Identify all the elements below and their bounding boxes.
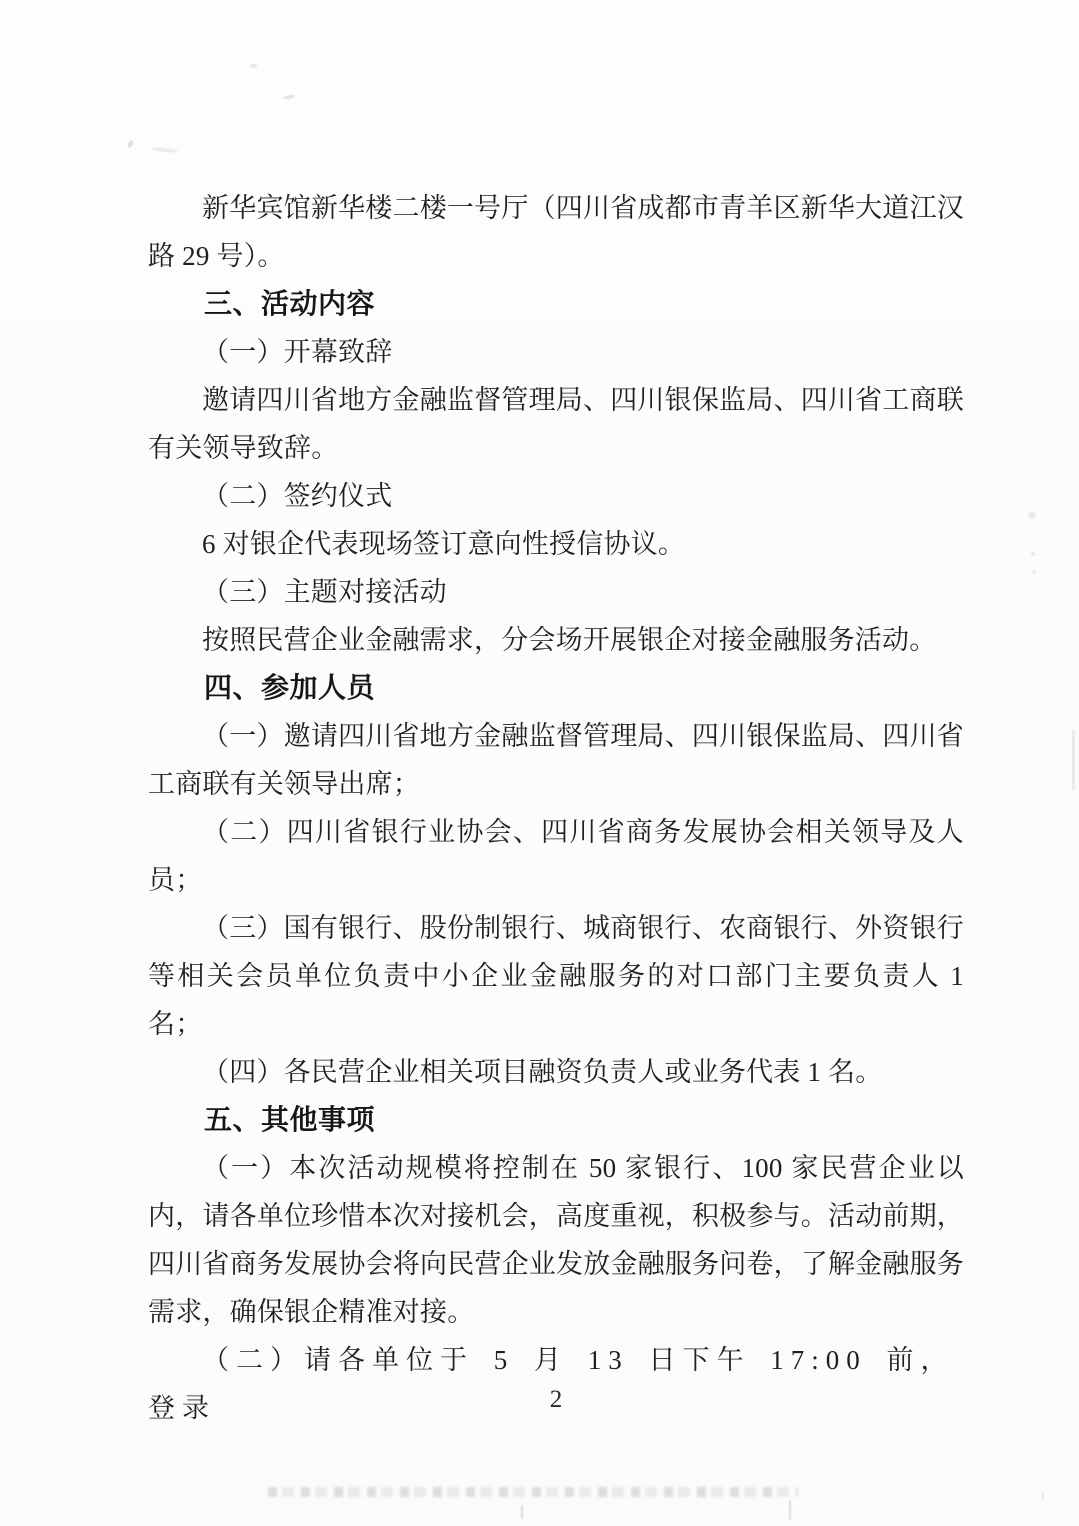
body-paragraph: （三）国有银行、股份制银行、城商银行、农商银行、外资银行等相关会员单位负责中小企… <box>148 904 964 1048</box>
scan-speck <box>1032 570 1036 574</box>
body-paragraph: 新华宾馆新华楼二楼一号厅（四川省成都市青羊区新华大道江汉路 29 号）。 <box>148 184 964 280</box>
scan-smudge <box>152 147 178 154</box>
document-sheet: 新华宾馆新华楼二楼一号厅（四川省成都市青羊区新华大道江汉路 29 号）。 三、活… <box>0 0 1079 1526</box>
section-heading-5: 五、其他事项 <box>148 1096 964 1144</box>
body-paragraph: （四）各民营企业相关项目融资负责人或业务代表 1 名。 <box>148 1048 964 1096</box>
scan-artifact-mark <box>1042 1492 1044 1500</box>
scanned-document-page: { "page": { "number": "2", "paper_color"… <box>0 0 1079 1526</box>
scan-speck <box>1028 512 1036 519</box>
document-body: 新华宾馆新华楼二楼一号厅（四川省成都市青羊区新华大道江汉路 29 号）。 三、活… <box>148 184 964 1432</box>
section-heading-3: 三、活动内容 <box>148 280 964 328</box>
page-number: 2 <box>148 1378 964 1422</box>
body-paragraph: 邀请四川省地方金融监督管理局、四川银保监局、四川省工商联有关领导致辞。 <box>148 376 964 472</box>
body-paragraph: （一）本次活动规模将控制在 50 家银行、100 家民营企业以内，请各单位珍惜本… <box>148 1144 964 1336</box>
scan-speck <box>127 139 135 148</box>
scan-edge-artifact <box>1072 730 1075 790</box>
scan-artifact-band <box>268 1487 798 1497</box>
body-paragraph: 按照民营企业金融需求，分会场开展银企对接金融服务活动。 <box>148 616 964 664</box>
scan-artifact-mark <box>521 1505 523 1519</box>
subsection-label: （三）主题对接活动 <box>148 568 964 616</box>
scan-speck <box>283 94 296 100</box>
body-paragraph: （一）邀请四川省地方金融监督管理局、四川银保监局、四川省工商联有关领导出席； <box>148 712 964 808</box>
scan-speck <box>1031 552 1035 556</box>
body-paragraph: （二）四川省银行业协会、四川省商务发展协会相关领导及人员； <box>148 808 964 904</box>
subsection-label: （一）开幕致辞 <box>148 328 964 376</box>
section-heading-4: 四、参加人员 <box>148 664 964 712</box>
scan-artifact-mark <box>789 1500 791 1520</box>
body-paragraph: 6 对银企代表现场签订意向性授信协议。 <box>148 520 964 568</box>
scan-speck <box>250 64 257 68</box>
subsection-label: （二）签约仪式 <box>148 472 964 520</box>
